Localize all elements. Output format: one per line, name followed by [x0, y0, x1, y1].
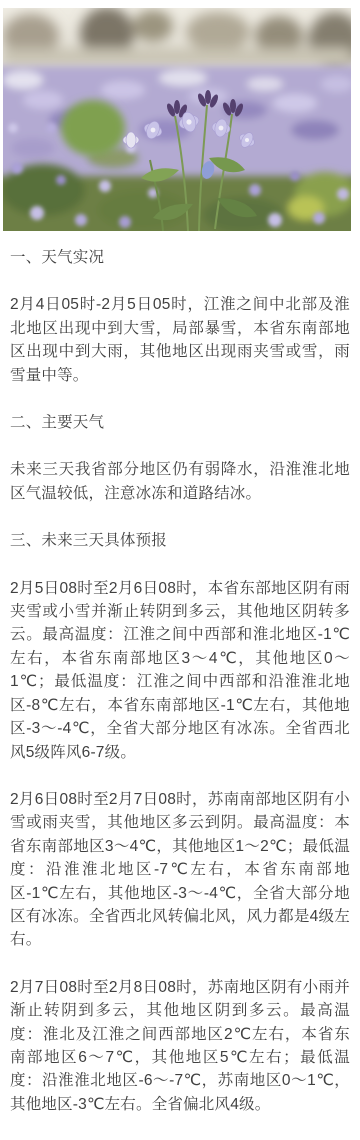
article-hero-image[interactable] — [3, 8, 351, 231]
section-heading-weather-facts: 一、天气实况 — [10, 246, 350, 269]
paragraph-forecast-day2: 2月6日08时至2月7日08时，苏南南部地区阴有小雪或雨夹雪，其他地区多云到阴。… — [10, 788, 350, 952]
article-body: 一、天气实况 2月4日05时-2月5日05时，江淮之间中北部及淮北地区出现中到大… — [0, 246, 360, 1116]
section-heading-three-day-forecast: 三、未来三天具体预报 — [10, 529, 350, 552]
paragraph-main-weather: 未来三天我省部分地区仍有弱降水，沿淮淮北地区气温较低，注意冰冻和道路结冰。 — [10, 458, 350, 505]
section-heading-main-weather: 二、主要天气 — [10, 411, 350, 434]
paragraph-forecast-day3: 2月7日08时至2月8日08时，苏南地区阴有小雨并渐止转阴到多云，其他地区阴到多… — [10, 976, 350, 1116]
paragraph-forecast-day1: 2月5日08时至2月6日08时，本省东部地区阴有雨夹雪或小雪并渐止转阴到多云，其… — [10, 577, 350, 764]
paragraph-weather-facts: 2月4日05时-2月5日05时，江淮之间中北部及淮北地区出现中到大雪，局部暴雪，… — [10, 293, 350, 387]
flower-field-illustration — [3, 8, 351, 231]
